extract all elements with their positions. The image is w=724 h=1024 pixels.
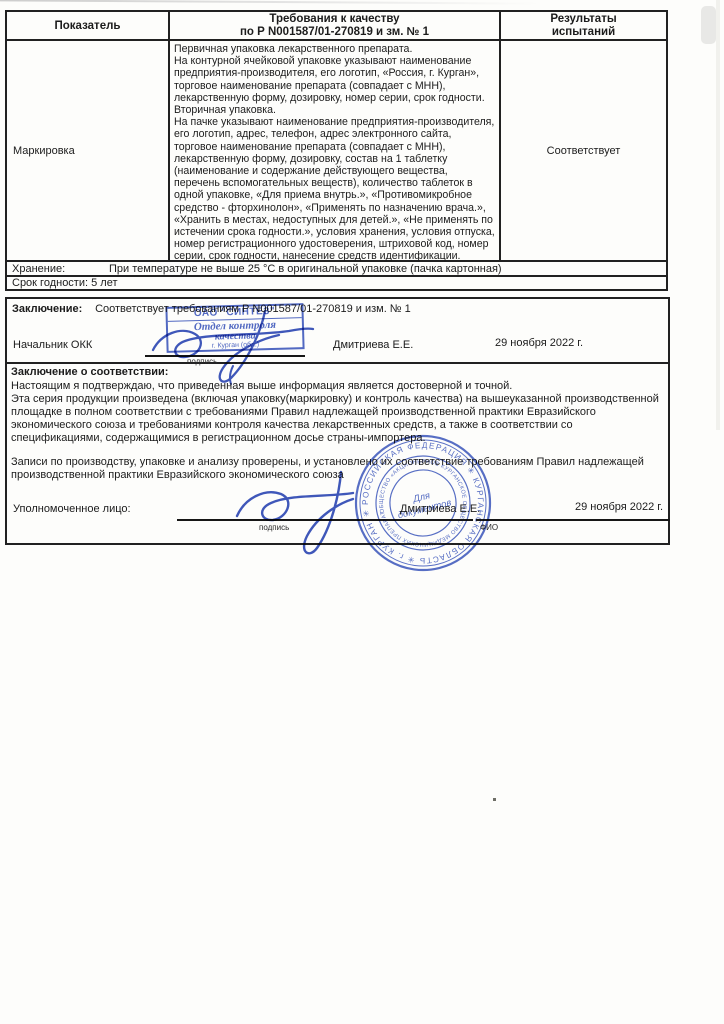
header-requirements-line2: по Р N001587/01-270819 и зм. № 1 — [240, 26, 429, 39]
okk-name: Дмитриева Е.Е. — [333, 339, 413, 351]
header-indicator: Показатель — [7, 12, 170, 39]
scan-artifact-blob — [701, 6, 716, 44]
row-shelf-life: Срок годности: 5 лет — [5, 277, 668, 291]
authorized-handwritten-signature — [225, 466, 385, 566]
header-results-line2: испытаний — [552, 26, 615, 39]
cell-indicator: Маркировка — [7, 41, 170, 260]
header-requirements-line1: Требования к качеству — [269, 13, 399, 26]
okk-date: 29 ноября 2022 г. — [495, 337, 583, 349]
conclusion-box: Заключение: Соответствует требованиям Р … — [5, 297, 670, 364]
storage-label: Хранение: — [7, 263, 109, 275]
row-storage: Хранение: При температуре не выше 25 °С … — [5, 262, 668, 277]
conclusion-label: Заключение: — [12, 303, 92, 315]
scan-artifact-line — [0, 0, 540, 5]
cell-requirement-text: Первичная упаковка лекарственного препар… — [170, 41, 501, 260]
storage-value: При температуре не выше 25 °С в оригинал… — [109, 263, 502, 275]
header-results: Результаты испытаний — [501, 12, 666, 39]
table-row-marking: Маркировка Первичная упаковка лекарствен… — [5, 41, 668, 262]
quality-table-header: Показатель Требования к качеству по Р N0… — [5, 10, 668, 41]
conformity-paragraph-1: Настоящим я подтверждаю, что приведенная… — [11, 380, 666, 393]
authorized-person-title: Уполномоченное лицо: — [13, 503, 131, 515]
scanned-document-page: Показатель Требования к качеству по Р N0… — [0, 0, 724, 1024]
scan-speck — [493, 798, 496, 801]
scan-artifact-streak — [716, 0, 720, 430]
header-requirements: Требования к качеству по Р N001587/01-27… — [170, 12, 501, 39]
okk-handwritten-signature — [143, 306, 328, 392]
cell-result: Соответствует — [501, 41, 666, 260]
header-results-line1: Результаты — [550, 13, 616, 26]
okk-title: Начальник ОКК — [13, 339, 92, 351]
authorized-date: 29 ноября 2022 г. — [575, 501, 663, 513]
